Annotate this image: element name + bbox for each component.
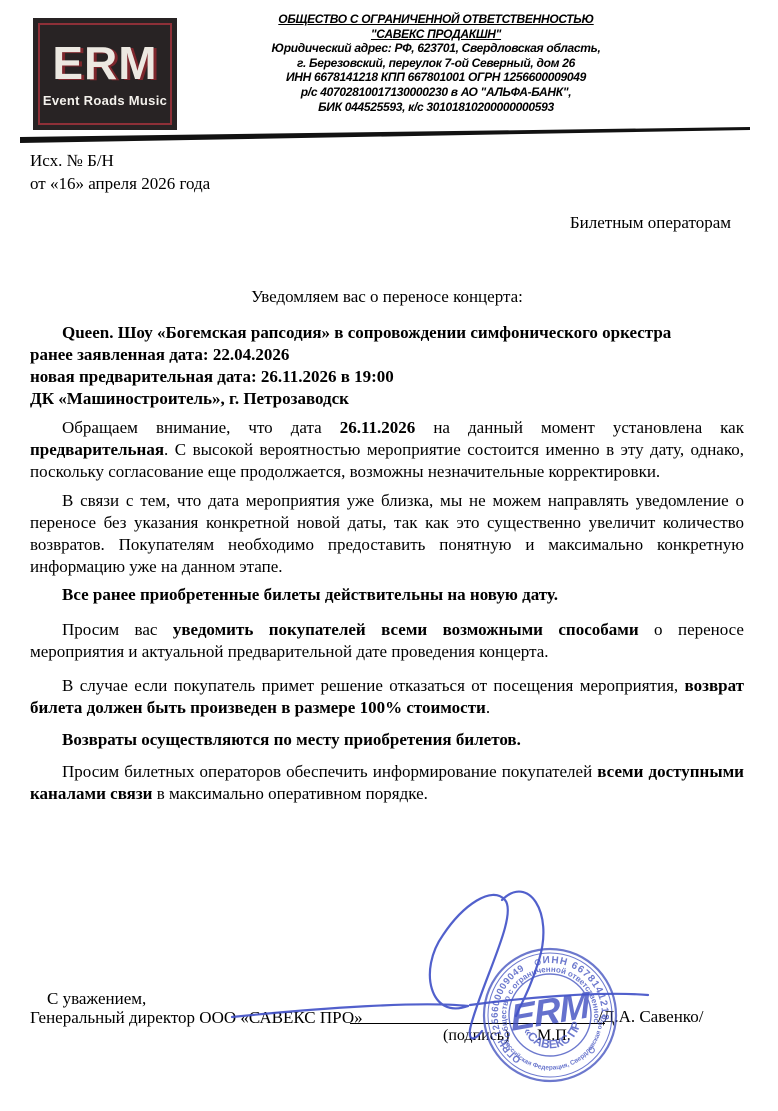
signature-caption: (подпись)	[443, 1027, 509, 1045]
director-title: Генеральный директор ООО «САВЕКС ПРО»	[30, 1007, 363, 1029]
text-run: .	[486, 698, 490, 717]
event-details-block: Queen. Шоу «Богемская рапсодия» в сопров…	[30, 322, 744, 410]
text-run: в максимально оперативном порядке.	[152, 784, 427, 803]
letterhead-line: ОБЩЕСТВО С ОГРАНИЧЕННОЙ ОТВЕТСТВЕННОСТЬЮ	[245, 12, 627, 27]
erm-logo-subtitle: Event Roads Music	[43, 93, 167, 108]
stamp-and-signature-overlay: ИНН 6678141218 ОГРН 1256600009049 Общест…	[0, 860, 778, 1111]
paragraph-reason: В связи с тем, что дата мероприятия уже …	[30, 490, 744, 578]
erm-logo: ERM Event Roads Music	[33, 18, 177, 130]
text-run-bold: предварительная	[30, 440, 164, 459]
letterhead-line: ИНН 6678141218 КПП 667801001 ОГРН 125660…	[245, 70, 627, 85]
letterhead-line: "САВЕКС ПРОДАКШН"	[245, 27, 627, 42]
letterhead-company-block: ОБЩЕСТВО С ОГРАНИЧЕННОЙ ОТВЕТСТВЕННОСТЬЮ…	[245, 12, 627, 114]
letter-date: от «16» апреля 2026 года	[30, 173, 210, 195]
text-run-bold: 26.11.2026	[340, 418, 416, 437]
event-venue: ДК «Машиностроитель», г. Петрозаводск	[30, 388, 744, 410]
event-new-date: новая предварительная дата: 26.11.2026 в…	[30, 366, 744, 388]
paragraph-inform-channels: Просим билетных операторов обеспечить ин…	[30, 761, 744, 805]
text-run: В случае если покупатель примет решение …	[62, 676, 685, 695]
paragraph-notify-buyers: Просим вас уведомить покупателей всеми в…	[30, 619, 744, 663]
addressee: Билетным операторам	[570, 212, 731, 234]
letter-page: { "logo": { "text": "ERM", "subtitle": "…	[0, 0, 778, 1111]
stamp-ogrn-text: ОГРН 1256600009049	[481, 962, 542, 1068]
text-run: Обращаем внимание, что дата	[62, 418, 340, 437]
event-title: Queen. Шоу «Богемская рапсодия» в сопров…	[30, 322, 744, 344]
text-run: Просим вас	[62, 620, 173, 639]
letterhead-line: Юридический адрес: РФ, 623701, Свердловс…	[245, 41, 627, 56]
text-run: Просим билетных операторов обеспечить ин…	[62, 762, 597, 781]
letterhead-line: р/с 40702810017130000230 в АО "АЛЬФА-БАН…	[245, 85, 627, 100]
signature-rule	[350, 1023, 605, 1024]
paragraph-tickets-valid: Все ранее приобретенные билеты действите…	[30, 584, 744, 606]
subject-line: Уведомляем вас о переносе концерта:	[30, 286, 744, 308]
seal-caption: М.П.	[537, 1027, 571, 1045]
paragraph-refund: В случае если покупатель примет решение …	[30, 675, 744, 719]
director-name: /Д.А. Савенко/	[598, 1006, 703, 1028]
text-run-bold: уведомить покупателей всеми возможными с…	[173, 620, 639, 639]
event-old-date: ранее заявленная дата: 22.04.2026	[30, 344, 744, 366]
letterhead-line: г. Березовский, переулок 7-ой Северный, …	[245, 56, 627, 71]
erm-logo-text: ERM	[52, 40, 157, 86]
text-run: на данный момент установлена как	[415, 418, 744, 437]
paragraph-refund-place: Возвраты осуществляются по месту приобре…	[30, 729, 744, 751]
outgoing-number: Исх. № Б/Н	[30, 150, 114, 172]
letterhead-line: БИК 044525593, к/с 30101810200000000593	[245, 100, 627, 115]
paragraph-preliminary-date: Обращаем внимание, что дата 26.11.2026 н…	[30, 417, 744, 483]
